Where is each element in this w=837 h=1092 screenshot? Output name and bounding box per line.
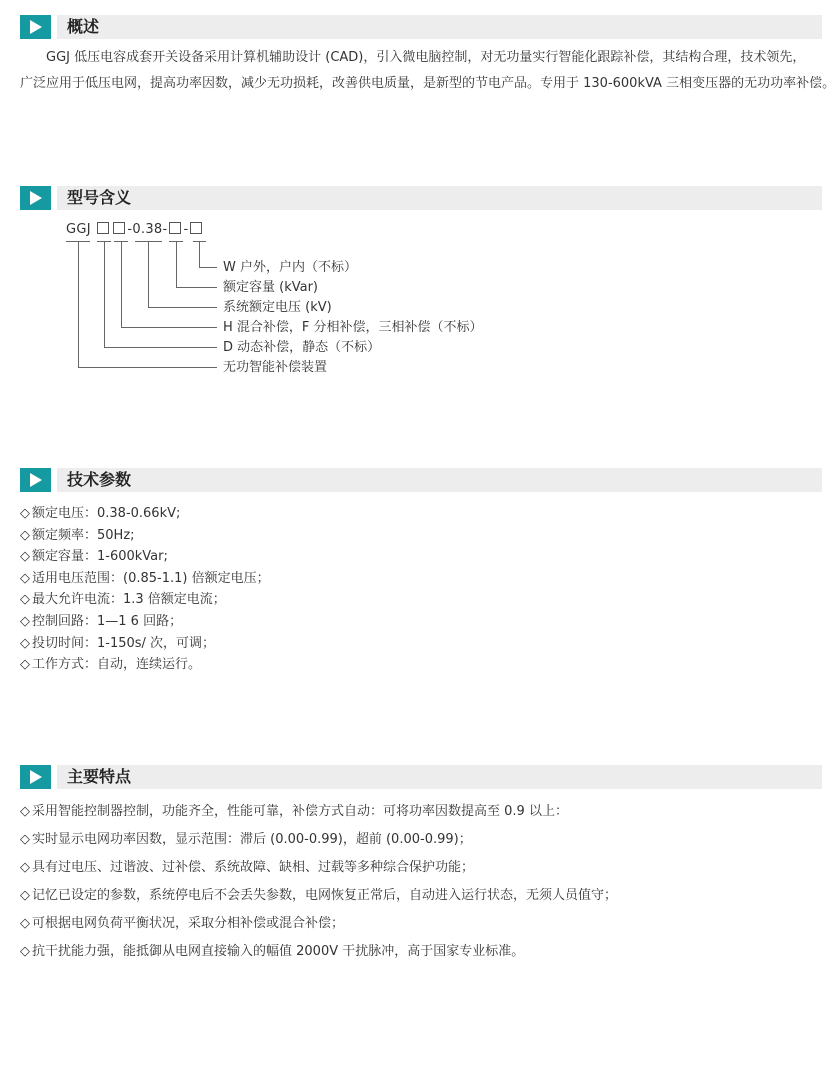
diamond-bullet-icon: ◇ [20, 826, 30, 854]
diamond-bullet-icon: ◇ [20, 798, 30, 826]
spec-item: ◇最大允许电流：1.3 倍额定电流； [20, 589, 270, 611]
spec-item: ◇适用电压范围：(0.85-1.1) 倍额定电压； [20, 568, 270, 590]
feature-item: ◇抗干扰能力强，能抵御从电网直接输入的幅值 2000V 干扰脉冲，高于国家专业标… [20, 938, 617, 966]
feature-item: ◇具有过电压、过谐波、过补偿、系统故障、缺相、过载等多种综合保护功能； [20, 854, 617, 882]
legend-install-location: W 户外，户内（不标） [223, 260, 357, 276]
diamond-bullet-icon: ◇ [20, 503, 30, 525]
header-bar [57, 468, 822, 492]
feature-item: ◇实时显示电网功率因数，显示范围：滞后 (0.00-0.99)，超前 (0.00… [20, 826, 617, 854]
section-title: 技术参数 [67, 469, 131, 491]
model-diagram-lines [0, 0, 837, 400]
diamond-bullet-icon: ◇ [20, 525, 30, 547]
spec-item: ◇额定频率：50Hz; [20, 525, 270, 547]
diamond-bullet-icon: ◇ [20, 882, 30, 910]
spec-item: ◇控制回路：1—1 6 回路； [20, 611, 270, 633]
diamond-bullet-icon: ◇ [20, 654, 30, 676]
section-header-specs: 技术参数 [20, 468, 822, 492]
spec-item: ◇投切时间：1-150s/ 次，可调； [20, 633, 270, 655]
diamond-bullet-icon: ◇ [20, 546, 30, 568]
feature-item: ◇采用智能控制器控制，功能齐全，性能可靠，补偿方式自动：可将功率因数提高至 0.… [20, 798, 617, 826]
play-arrow-icon [20, 468, 51, 492]
features-list: ◇采用智能控制器控制，功能齐全，性能可靠，补偿方式自动：可将功率因数提高至 0.… [20, 798, 617, 966]
legend-compensation-mode: H 混合补偿，F 分相补偿，三相补偿（不标） [223, 320, 483, 336]
header-bar [57, 765, 822, 789]
legend-rated-voltage: 系统额定电压 (kV) [223, 300, 332, 316]
diamond-bullet-icon: ◇ [20, 611, 30, 633]
spec-item: ◇额定容量：1-600kVar; [20, 546, 270, 568]
diamond-bullet-icon: ◇ [20, 910, 30, 938]
diamond-bullet-icon: ◇ [20, 633, 30, 655]
legend-device-name: 无功智能补偿装置 [223, 360, 327, 376]
section-header-features: 主要特点 [20, 765, 822, 789]
diamond-bullet-icon: ◇ [20, 938, 30, 966]
specs-list: ◇额定电压：0.38-0.66kV; ◇额定频率：50Hz; ◇额定容量：1-6… [20, 503, 270, 676]
feature-item: ◇可根据电网负荷平衡状况，采取分相补偿或混合补偿； [20, 910, 617, 938]
diamond-bullet-icon: ◇ [20, 568, 30, 590]
play-arrow-icon [20, 765, 51, 789]
spec-item: ◇额定电压：0.38-0.66kV; [20, 503, 270, 525]
diamond-bullet-icon: ◇ [20, 854, 30, 882]
feature-item: ◇记忆已设定的参数，系统停电后不会丢失参数，电网恢复正常后，自动进入运行状态，无… [20, 882, 617, 910]
section-title: 主要特点 [67, 766, 131, 788]
spec-item: ◇工作方式：自动，连续运行。 [20, 654, 270, 676]
legend-dynamic-static: D 动态补偿，静态（不标） [223, 340, 380, 356]
diamond-bullet-icon: ◇ [20, 589, 30, 611]
legend-rated-capacity: 额定容量 (kVar) [223, 280, 318, 296]
